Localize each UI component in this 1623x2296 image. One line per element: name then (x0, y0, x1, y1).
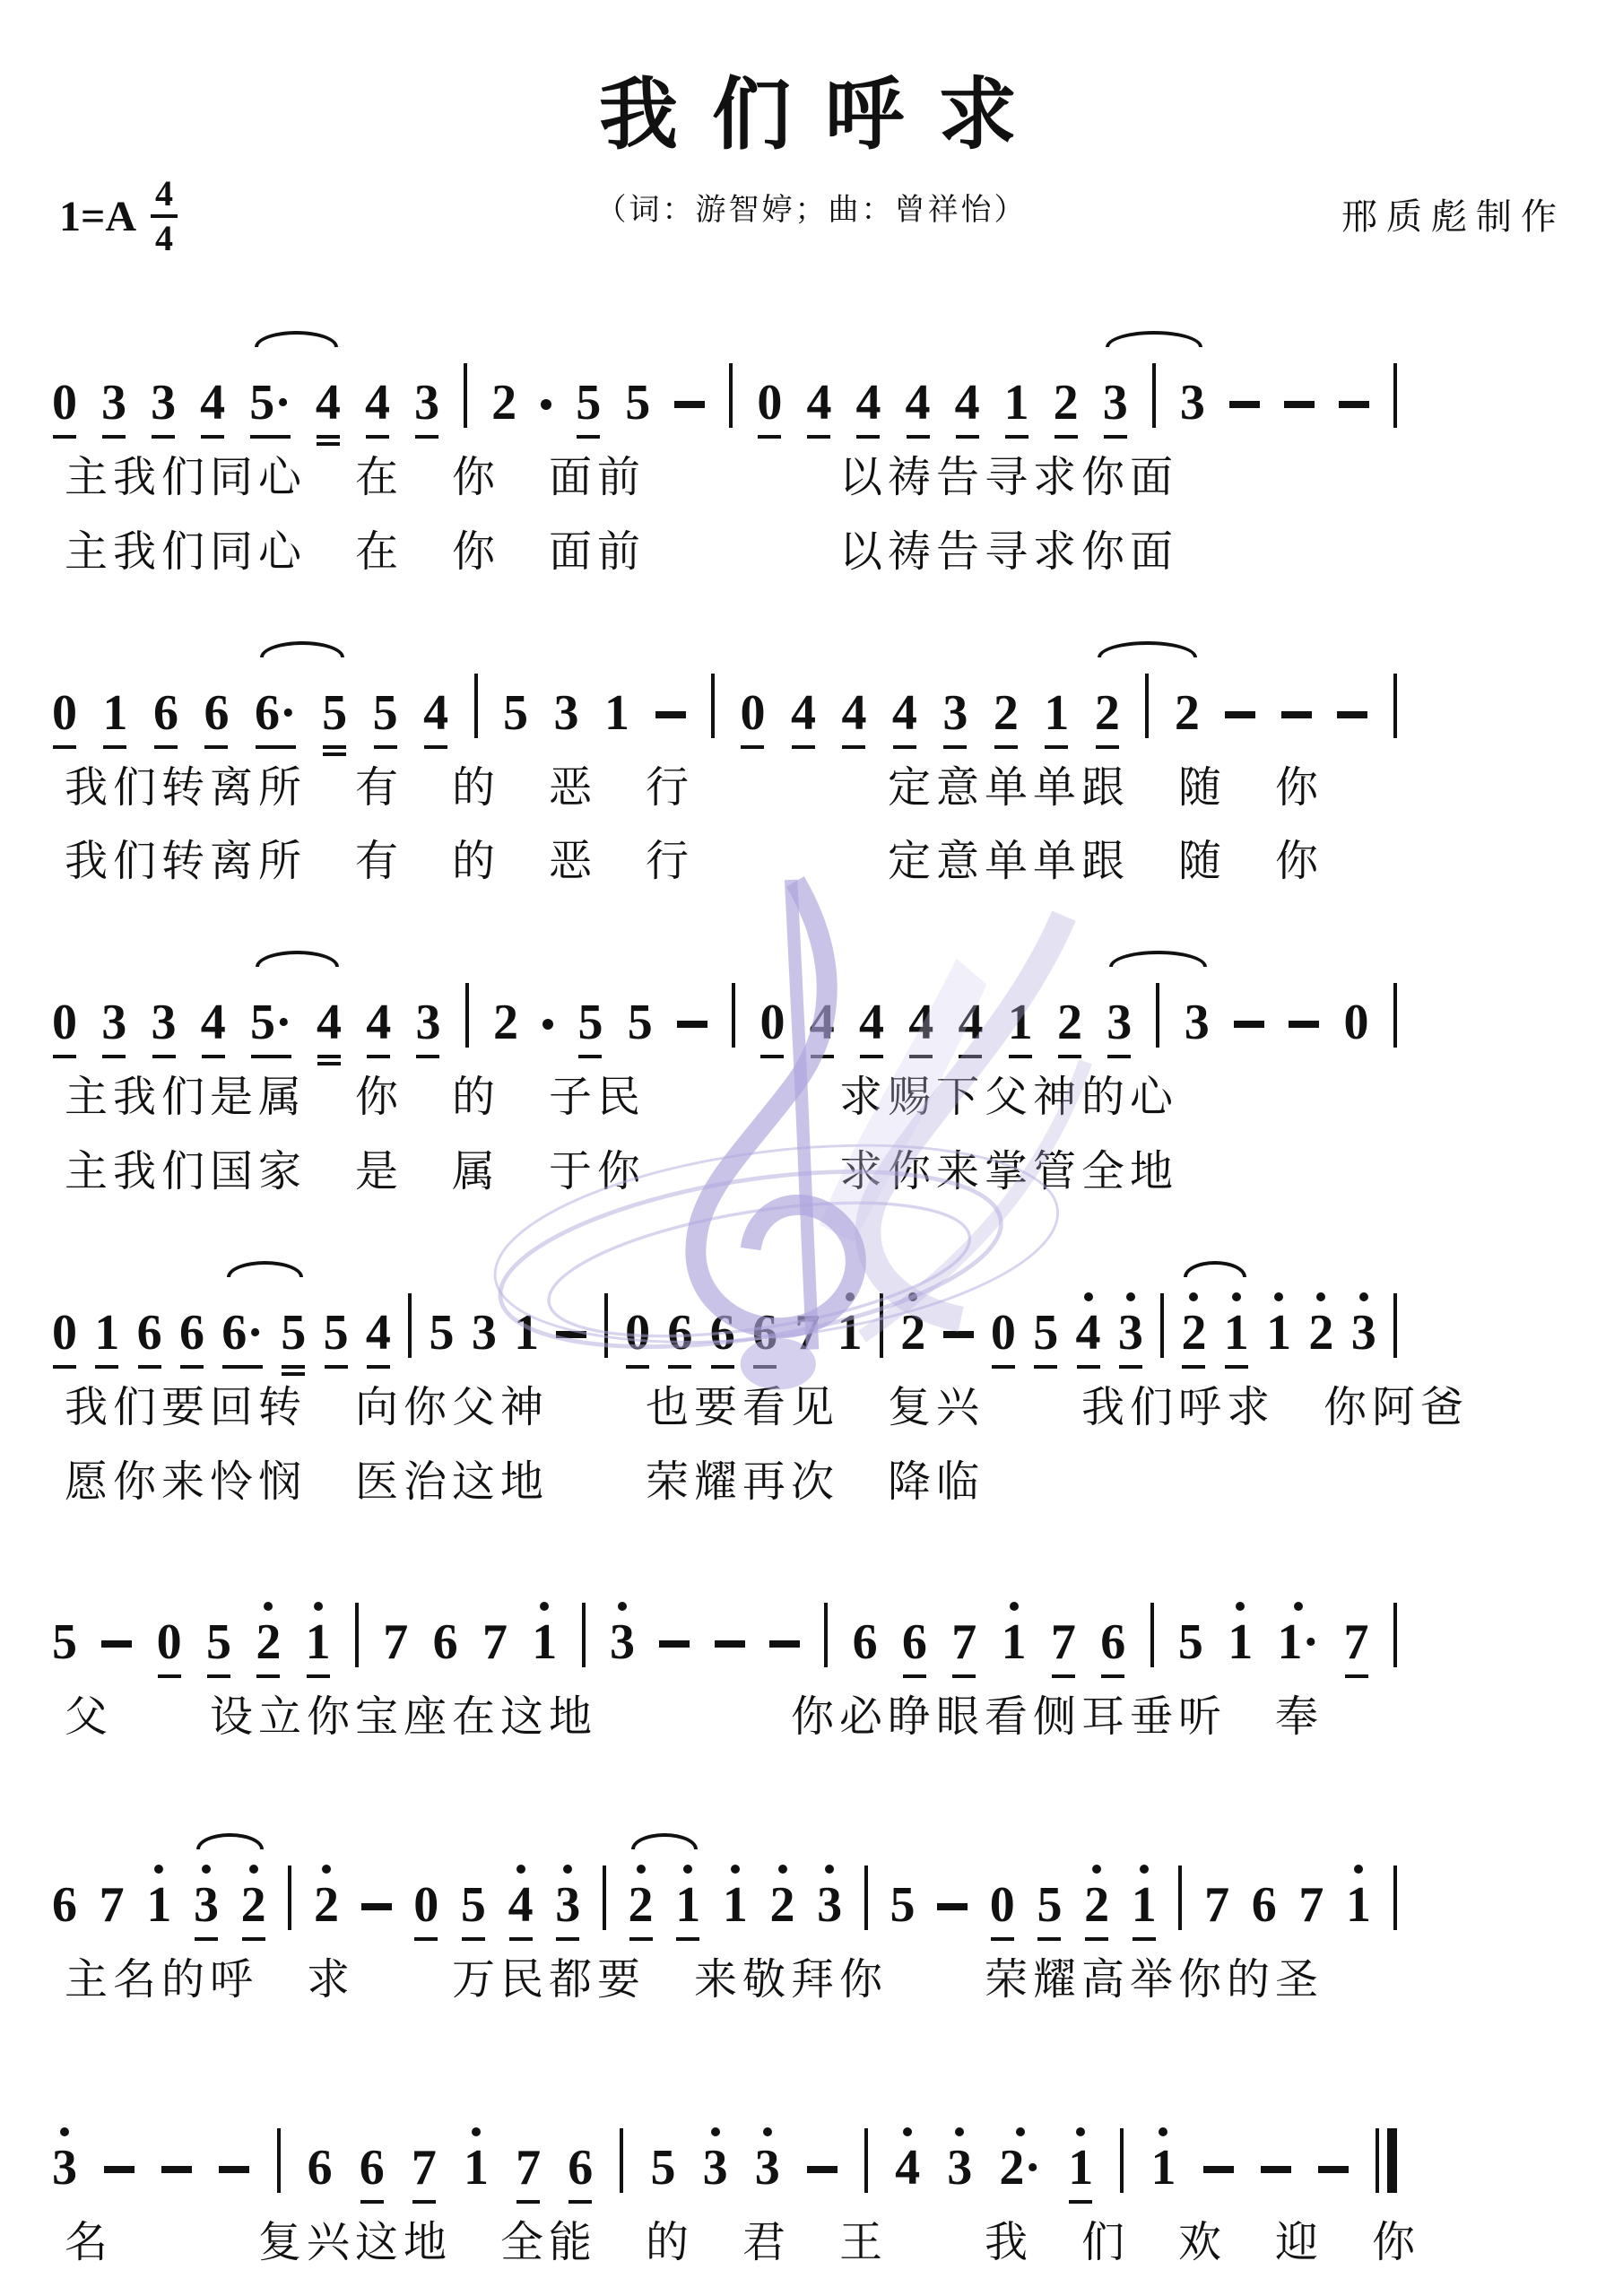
note: 3 (101, 997, 126, 1048)
note: 3 (610, 1617, 635, 1667)
barline (1393, 1293, 1397, 1358)
note: 6 (902, 1617, 927, 1667)
note: 6 (1100, 1617, 1125, 1667)
note: 2 (1308, 1308, 1333, 1358)
note: 3 (555, 1880, 580, 1930)
note: 6· (221, 1308, 264, 1358)
note: 2 (1181, 1308, 1206, 1358)
duration-dash (1234, 1021, 1264, 1028)
note: 7 (1344, 1617, 1369, 1667)
duration-dash (361, 1903, 392, 1910)
note: 5 (324, 1308, 349, 1358)
note: 0 (740, 688, 765, 738)
note: 3 (414, 378, 439, 428)
note: 5 (625, 378, 650, 428)
note: 4 (508, 1880, 534, 1930)
note: 4 (895, 2143, 920, 2193)
score-line: 3667176533432·11名 复兴这地 全能 的 君 王 我 们 欢 迎 … (52, 2094, 1571, 2267)
note: 4 (806, 378, 831, 428)
note: 1 (1068, 2143, 1093, 2193)
barline (1150, 1603, 1154, 1667)
lyric-row: 主我们同心 在 你 面前 以祷告寻求你面 (52, 529, 1571, 577)
note-row: 5052176713667176511·7 (52, 1569, 1397, 1667)
note: 7 (1204, 1880, 1229, 1930)
duration-dash (807, 2166, 838, 2173)
barline (1145, 674, 1149, 738)
barline (1393, 674, 1397, 738)
tie-arc (196, 1833, 263, 1849)
note: 1 (1266, 1308, 1291, 1358)
duration-dash (1337, 711, 1367, 718)
note: 5 (52, 1617, 77, 1667)
lyric-row: 主名的呼 求 万民都要 来敬拜你 荣耀高举你的圣 (52, 1957, 1571, 2005)
tie-arc (1109, 951, 1206, 967)
barline (465, 983, 469, 1048)
note: 5 (890, 1880, 915, 1930)
score-line: 01666·5545310666712054321123我们要回转 向你父神 也… (52, 1259, 1571, 1507)
note: 5 (503, 688, 528, 738)
score-line: 03345·443255044441233主我们同心 在 你 面前 以祷告寻求你… (52, 329, 1571, 577)
note: 0 (990, 1880, 1015, 1930)
duration-dash (101, 1640, 132, 1648)
note: 1 (1132, 1880, 1157, 1930)
tie-arc (1098, 641, 1196, 657)
note: 0 (759, 997, 785, 1048)
note: 7 (1051, 1617, 1076, 1667)
note: 3 (52, 2143, 77, 2193)
sheet-music-page: 我 们 呼 求 1=A 4 4 邢质彪制作 （词：游智婷；曲：曾祥怡） 0334… (0, 0, 1623, 2296)
duration-dash (556, 1331, 586, 1338)
note: 4 (859, 997, 884, 1048)
note: 1 (1004, 378, 1029, 428)
note: 1 (838, 1308, 863, 1358)
barline (603, 1865, 606, 1930)
tie-arc (255, 331, 338, 347)
barline (604, 1293, 608, 1358)
note: 3 (1180, 378, 1205, 428)
note: 6 (1252, 1880, 1277, 1930)
note: 4 (906, 378, 931, 428)
duration-dash (1229, 401, 1260, 408)
lyricist-composer-credit: （词：游智婷；曲：曾祥怡） (0, 185, 1623, 229)
note: 4 (423, 688, 448, 738)
note: 2 (1084, 1880, 1109, 1930)
score-line: 01666·554531044432122我们转离所 有 的 恶 行 定意单单跟… (52, 639, 1571, 887)
duration-dash (104, 2166, 135, 2173)
barline (474, 674, 478, 738)
score: 03345·443255044441233主我们同心 在 你 面前 以祷告寻求你… (52, 329, 1571, 2267)
note: 1 (1002, 1617, 1027, 1667)
note: 2 (491, 378, 516, 428)
barline (1120, 2128, 1124, 2193)
note: 5 (1037, 1880, 1062, 1930)
note: 0 (157, 1617, 182, 1667)
note: 0 (52, 688, 77, 738)
note: 5 (1178, 1617, 1203, 1667)
note: 5· (250, 997, 292, 1048)
note: 1 (464, 2143, 489, 2193)
note: 2 (900, 1308, 925, 1358)
note: 0 (413, 1880, 438, 1930)
barline (880, 1293, 883, 1358)
note: 0 (52, 378, 77, 428)
tie-arc (631, 1833, 697, 1849)
note: 5 (651, 2143, 676, 2193)
note: 3 (101, 378, 126, 428)
note: 4 (366, 1308, 391, 1358)
note: 4 (791, 688, 816, 738)
barline (1393, 983, 1397, 1048)
note: 2 (1054, 378, 1079, 428)
duration-dash (1318, 2166, 1349, 2173)
barline (1393, 1865, 1397, 1930)
note: 5 (461, 1880, 486, 1930)
note: 7 (412, 2143, 437, 2193)
note: 5 (577, 997, 603, 1048)
note: 3 (194, 1880, 219, 1930)
duration-dash (1225, 711, 1255, 718)
note: 0 (1343, 997, 1368, 1048)
note: 2 (314, 1880, 339, 1930)
note-row: 01666·554531044432122 (52, 639, 1397, 738)
note: 6 (853, 1617, 878, 1667)
note: 2 (1057, 997, 1082, 1048)
note: 1 (604, 688, 629, 738)
augmentation-dot (541, 399, 551, 410)
note: 1 (532, 1617, 557, 1667)
note: 1 (1008, 997, 1033, 1048)
note: 3 (1185, 997, 1210, 1048)
barline (729, 363, 733, 428)
note-row: 01666·5545310666712054321123 (52, 1259, 1397, 1358)
lyric-row: 我们转离所 有 的 恶 行 定意单单跟 随 你 (52, 765, 1571, 813)
duration-dash (161, 2166, 192, 2173)
tie-arc (260, 641, 344, 657)
barline (582, 1603, 586, 1667)
lyric-row: 父 设立你宝座在这地 你必睁眼看侧耳垂听 奉 (52, 1694, 1571, 1742)
note: 4 (810, 997, 835, 1048)
lyric-row: 主我们同心 在 你 面前 以祷告寻求你面 (52, 455, 1571, 502)
barline (1393, 1603, 1397, 1667)
note: 1 (306, 1617, 331, 1667)
barline (288, 1865, 291, 1930)
note: 1 (1150, 2143, 1176, 2193)
note: 5 (576, 378, 601, 428)
barline (1393, 363, 1397, 428)
barline (824, 1603, 828, 1667)
lyric-row: 主我们是属 你 的 子民 求赐下父神的心 (52, 1074, 1571, 1122)
note: 2 (994, 688, 1019, 738)
note: 6 (308, 2143, 333, 2193)
augmentation-dot (542, 1019, 553, 1030)
note: 1 (1228, 1617, 1253, 1667)
note: 6· (255, 688, 297, 738)
note: 6 (204, 688, 229, 738)
note: 6 (433, 1617, 458, 1667)
note: 2 (1175, 688, 1200, 738)
note: 5 (628, 997, 653, 1048)
note: 2 (770, 1880, 795, 1930)
note-row: 03345·4432550444412330 (52, 949, 1397, 1048)
note: 4 (366, 997, 391, 1048)
note: 1 (514, 1308, 539, 1358)
note: 2· (999, 2143, 1041, 2193)
barline (864, 1865, 868, 1930)
barline (277, 2128, 281, 2193)
note: 0 (52, 997, 77, 1048)
note: 5 (206, 1617, 231, 1667)
note: 5 (1033, 1308, 1058, 1358)
duration-dash (659, 1640, 690, 1648)
barline (711, 674, 715, 738)
note: 5· (249, 378, 291, 428)
note: 5 (322, 688, 347, 738)
final-barline (1376, 2128, 1397, 2193)
note: 6 (52, 1880, 77, 1930)
barline (464, 363, 467, 428)
song-title: 我 们 呼 求 (0, 0, 1623, 165)
note: 1 (146, 1880, 171, 1930)
lyric-row: 我们要回转 向你父神 也要看见 复兴 我们呼求 你阿爸 (52, 1385, 1571, 1432)
barline (1160, 1293, 1164, 1358)
duration-dash (674, 401, 705, 408)
final-barline-thin (1376, 2128, 1379, 2193)
note: 5 (373, 688, 398, 738)
lyric-row: 我们转离所 有 的 恶 行 定意单单跟 随 你 (52, 839, 1571, 886)
note: 4 (841, 688, 866, 738)
note: 6 (137, 1308, 162, 1358)
note: 1 (723, 1880, 748, 1930)
duration-dash (219, 2166, 249, 2173)
note: 0 (991, 1308, 1016, 1358)
note: 3 (151, 378, 176, 428)
note: 6 (153, 688, 178, 738)
note: 6 (360, 2143, 385, 2193)
note: 4 (958, 997, 983, 1048)
barline (864, 2128, 868, 2193)
note: 3 (152, 997, 177, 1048)
note: 7 (794, 1308, 820, 1358)
note: 4 (1076, 1308, 1101, 1358)
final-barline-thick (1387, 2128, 1397, 2193)
lyric-row: 主我们国家 是 属 于你 求你来掌管全地 (52, 1149, 1571, 1196)
note: 6 (667, 1308, 692, 1358)
duration-dash (1281, 711, 1312, 718)
note: 3 (947, 2143, 972, 2193)
barline (1152, 363, 1156, 428)
note: 4 (365, 378, 390, 428)
note: 1· (1278, 1617, 1320, 1667)
note: 6 (752, 1308, 777, 1358)
note: 4 (892, 688, 917, 738)
note: 2 (241, 1880, 266, 1930)
note-row: 03345·443255044441233 (52, 329, 1397, 428)
note-row: 3667176533432·11 (52, 2094, 1397, 2193)
note: 1 (1224, 1308, 1249, 1358)
note: 3 (755, 2143, 780, 2193)
note: 0 (625, 1308, 650, 1358)
note: 7 (951, 1617, 976, 1667)
note: 4 (908, 997, 933, 1048)
note: 4 (317, 997, 342, 1048)
barline (620, 2128, 623, 2193)
duration-dash (1284, 401, 1315, 408)
note: 7 (100, 1880, 125, 1930)
note: 7 (1298, 1880, 1324, 1930)
note-row: 671322054321123505217671 (52, 1831, 1397, 1930)
duration-dash (1289, 1021, 1319, 1028)
note: 3 (415, 997, 440, 1048)
note: 6 (710, 1308, 735, 1358)
note: 4 (855, 378, 881, 428)
note: 1 (675, 1880, 700, 1930)
note: 3 (703, 2143, 728, 2193)
note: 5 (430, 1308, 455, 1358)
note: 0 (757, 378, 782, 428)
note: 2 (256, 1617, 281, 1667)
tie-arc (227, 1261, 303, 1277)
score-line: 5052176713667176511·7父 设立你宝座在这地 你必睁眼看侧耳垂… (52, 1569, 1571, 1742)
note: 3 (1118, 1308, 1143, 1358)
note: 3 (942, 688, 968, 738)
duration-dash (943, 1331, 974, 1338)
note: 5 (281, 1308, 306, 1358)
note: 3 (1351, 1308, 1376, 1358)
tie-arc (1106, 331, 1202, 347)
duration-dash (655, 711, 686, 718)
note: 4 (201, 997, 226, 1048)
note: 2 (1095, 688, 1120, 738)
note: 6 (179, 1308, 204, 1358)
note: 3 (1103, 378, 1128, 428)
lyric-row: 愿你来怜悯 医治这地 荣耀再次 降临 (52, 1459, 1571, 1507)
barline (1178, 1865, 1182, 1930)
note: 7 (516, 2143, 541, 2193)
tie-arc (1184, 1261, 1245, 1277)
score-line: 671322054321123505217671主名的呼 求 万民都要 来敬拜你… (52, 1831, 1571, 2005)
note: 1 (1346, 1880, 1371, 1930)
lyric-row: 名 复兴这地 全能 的 君 王 我 们 欢 迎 你 (52, 2220, 1571, 2267)
note: 7 (383, 1617, 408, 1667)
note: 4 (316, 378, 341, 428)
duration-dash (1339, 401, 1369, 408)
score-line: 03345·4432550444412330主我们是属 你 的 子民 求赐下父神… (52, 949, 1571, 1196)
barline (1156, 983, 1159, 1048)
duration-dash (1261, 2166, 1291, 2173)
note: 3 (554, 688, 579, 738)
duration-dash (769, 1640, 800, 1648)
note: 2 (493, 997, 518, 1048)
note: 7 (482, 1617, 508, 1667)
barline (408, 1293, 412, 1358)
duration-dash (677, 1021, 707, 1028)
duration-dash (937, 1903, 968, 1910)
barline (732, 983, 735, 1048)
note: 3 (817, 1880, 842, 1930)
note: 3 (1107, 997, 1132, 1048)
note: 1 (1044, 688, 1069, 738)
note: 4 (200, 378, 225, 428)
note: 4 (955, 378, 980, 428)
duration-dash (1203, 2166, 1234, 2173)
note: 2 (629, 1880, 654, 1930)
note: 0 (52, 1308, 77, 1358)
note: 3 (472, 1308, 497, 1358)
note: 1 (94, 1308, 119, 1358)
note: 6 (568, 2143, 593, 2193)
tie-arc (256, 951, 339, 967)
note: 1 (102, 688, 127, 738)
barline (355, 1603, 359, 1667)
duration-dash (715, 1640, 745, 1648)
